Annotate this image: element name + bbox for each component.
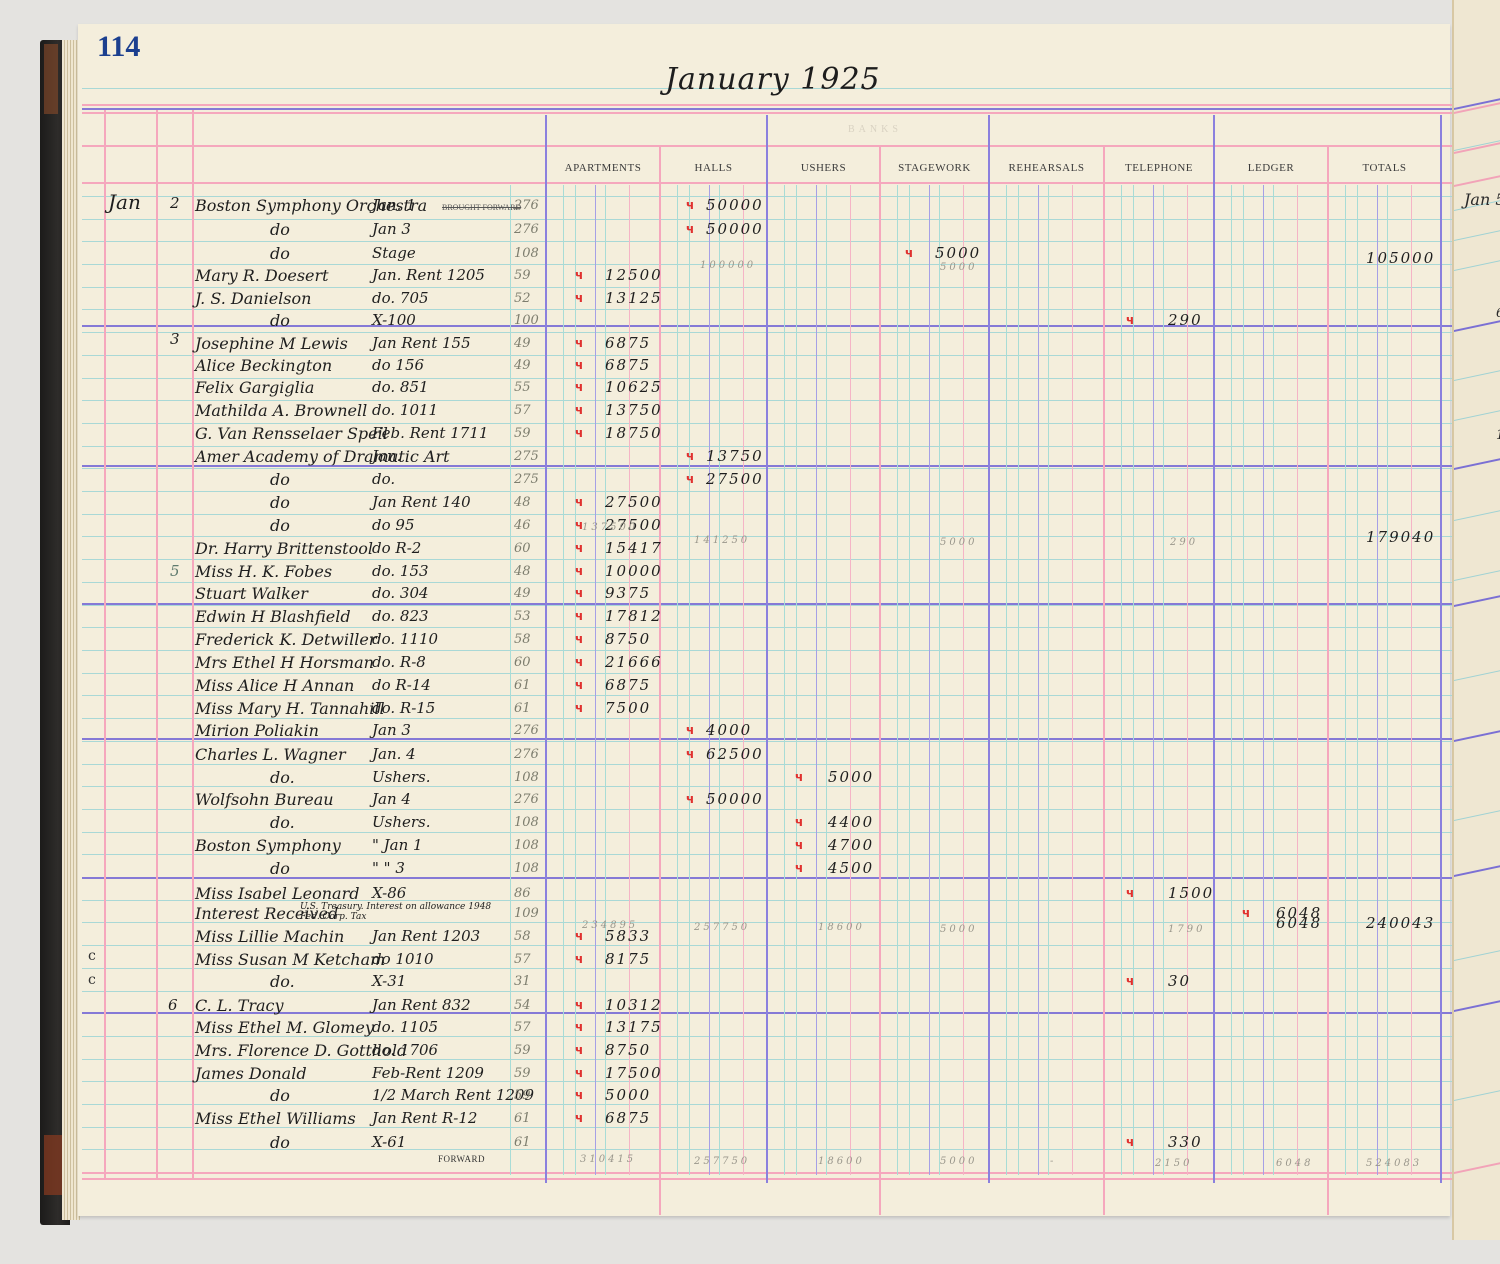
entry-folio: 61 (514, 1135, 531, 1150)
entry-amount-ushers: 4500 (828, 859, 874, 877)
entry-name: Mrs Ethel H Horsman (195, 653, 374, 672)
check-mark-icon: ч (795, 770, 803, 784)
column-header-totals: TOTALS (1329, 162, 1440, 174)
subtotal-apartments: 137500 (582, 522, 638, 533)
entry-note: Jan 3 (372, 220, 411, 238)
entry-note: Jan. 1 (372, 196, 416, 214)
entry-amount-ushers: 4700 (828, 836, 874, 854)
entry-name: do (270, 470, 290, 489)
check-mark-icon: ч (905, 246, 913, 260)
entry-folio: 59 (514, 1066, 531, 1081)
entry-note: do. 705 (372, 289, 429, 307)
check-mark-icon: ч (686, 449, 694, 463)
check-mark-icon: ч (795, 861, 803, 875)
entry-folio: 54 (514, 998, 531, 1013)
entry-folio: 108 (514, 246, 539, 261)
entry-name: Miss Mary H. Tannahill (195, 699, 385, 718)
check-mark-icon: ч (575, 564, 583, 578)
entry-name: Mirion Poliakin (195, 721, 319, 740)
entry-day: 6 (168, 996, 178, 1014)
subtotal-apartments: 234895 (582, 920, 638, 931)
subtotal-totals: 240043 (1366, 914, 1435, 932)
column-header-halls: HALLS (661, 162, 766, 174)
subtotal-totals: 105000 (1366, 249, 1435, 267)
entry-note: Ushers. (372, 813, 431, 831)
entry-name: do. (270, 768, 295, 787)
next-page-note: 17 (1496, 428, 1500, 443)
entry-amount-telephone: 1500 (1168, 884, 1214, 902)
entry-day: 3 (170, 330, 180, 348)
entry-note: Jan Rent 140 (372, 493, 471, 511)
entry-folio: 49 (514, 336, 531, 351)
entry-folio: 55 (514, 380, 531, 395)
entry-amount-apartments: 13175 (605, 1018, 663, 1036)
entry-name: do. (270, 813, 295, 832)
subtotal-stagework: 5000 (940, 924, 977, 935)
subtotal-ushers: 18600 (818, 922, 865, 933)
subtotal-stagework: 5000 (940, 537, 977, 548)
entry-note: do 95 (372, 516, 415, 534)
entry-name: do. (270, 972, 295, 991)
next-page-note: Jan 5 (1464, 190, 1500, 209)
forward-stagework: 5000 (940, 1156, 977, 1167)
entry-folio: 59 (514, 426, 531, 441)
check-mark-icon: ч (575, 291, 583, 305)
entry-amount-apartments: 5000 (605, 1086, 651, 1104)
forward-label: FORWARD (438, 1154, 485, 1164)
entry-folio: 275 (514, 449, 539, 464)
entry-note: do 1010 (372, 950, 434, 968)
entry-amount-apartments: 8750 (605, 630, 651, 648)
margin-mark: c (88, 972, 96, 988)
margin-mark: c (88, 948, 96, 964)
check-mark-icon: ч (575, 586, 583, 600)
column-header-telephone: TELEPHONE (1105, 162, 1213, 174)
entry-note: do. R-15 (372, 699, 435, 717)
entry-amount-apartments: 12500 (605, 266, 663, 284)
check-mark-icon: ч (1242, 906, 1250, 920)
entry-note: " Jan 1 (372, 836, 423, 854)
entry-amount-apartments: 27500 (605, 493, 663, 511)
entry-name: Miss Ethel M. Glomey (195, 1018, 374, 1037)
entry-amount-apartments: 6875 (605, 356, 651, 374)
entry-folio: 276 (514, 792, 539, 807)
entry-note: do. 851 (372, 378, 429, 396)
subtotal-halls: 100000 (700, 260, 756, 271)
entry-folio: 275 (514, 472, 539, 487)
check-mark-icon: ч (686, 472, 694, 486)
next-page-edge: Jan 5 6 17 (1452, 0, 1500, 1240)
entry-name: Charles L. Wagner (195, 745, 346, 764)
entry-amount-ushers: 5000 (828, 768, 874, 786)
entry-folio: 31 (514, 974, 531, 989)
entry-amount-apartments: 21666 (605, 653, 663, 671)
entry-amount-apartments: 10312 (605, 996, 663, 1014)
entry-name: do (270, 1133, 290, 1152)
entry-folio: 61 (514, 1111, 531, 1126)
entry-month: Jan (108, 190, 141, 214)
check-mark-icon: ч (575, 998, 583, 1012)
entry-folio: 61 (514, 701, 531, 716)
entry-folio: 49 (514, 358, 531, 373)
entry-amount-telephone: 290 (1168, 311, 1203, 329)
subtotal-telephone: 290 (1170, 537, 1198, 548)
entry-amount-apartments: 8175 (605, 950, 651, 968)
entry-folio: 60 (514, 541, 531, 556)
entry-folio: 61 (514, 678, 531, 693)
forward-telephone: 2150 (1155, 1158, 1192, 1169)
check-mark-icon: ч (575, 1066, 583, 1080)
entry-folio: 60 (514, 655, 531, 670)
entry-folio: 108 (514, 838, 539, 853)
forward-ushers: 18600 (818, 1156, 865, 1167)
check-mark-icon: ч (575, 336, 583, 350)
entry-name: Felix Gargiglia (195, 378, 314, 397)
check-mark-icon: ч (575, 380, 583, 394)
check-mark-icon: ч (575, 1020, 583, 1034)
entry-amount-halls: 4000 (706, 721, 752, 739)
subtotal-halls: 257750 (694, 922, 750, 933)
entry-day: 5 (170, 562, 180, 580)
entry-name: Mathilda A. Brownell (195, 401, 367, 420)
forward-halls: 257750 (694, 1156, 750, 1167)
entry-folio: 108 (514, 815, 539, 830)
check-mark-icon: ч (575, 678, 583, 692)
check-mark-icon: ч (575, 268, 583, 282)
entry-folio: 52 (514, 291, 531, 306)
entry-amount-halls: 13750 (706, 447, 764, 465)
entry-note: Jan Rent 1203 (372, 927, 480, 945)
entry-amount-telephone: 330 (1168, 1133, 1203, 1151)
entry-note: Jan 3 (372, 721, 411, 739)
check-mark-icon: ч (575, 426, 583, 440)
entry-amount-telephone: 30 (1168, 972, 1191, 990)
check-mark-icon: ч (575, 701, 583, 715)
check-mark-icon: ч (575, 1088, 583, 1102)
page-number: 114 (97, 30, 140, 64)
entry-note: " " 3 (372, 859, 405, 877)
check-mark-icon: ч (575, 632, 583, 646)
entry-amount-apartments: 7500 (605, 699, 651, 717)
check-mark-icon: ч (686, 792, 694, 806)
entry-name: Miss Ethel Williams (195, 1109, 356, 1128)
entry-note: X-86 (372, 884, 406, 902)
entry-folio: 59 (514, 1043, 531, 1058)
entry-note: do. 304 (372, 584, 429, 602)
entry-folio: 276 (514, 222, 539, 237)
entry-name: Stuart Walker (195, 584, 308, 603)
check-mark-icon: ч (686, 198, 694, 212)
entry-note: X-31 (372, 972, 406, 990)
entry-name: do (270, 244, 290, 263)
entry-folio: 59 (514, 1088, 531, 1103)
entry-folio: 53 (514, 609, 531, 624)
entry-amount-halls: 50000 (706, 790, 764, 808)
subtotal-stagework: 5000 (940, 262, 977, 273)
entry-name: do (270, 493, 290, 512)
entry-name: C. L. Tracy (195, 996, 284, 1015)
entry-amount-apartments: 9375 (605, 584, 651, 602)
check-mark-icon: ч (686, 747, 694, 761)
entry-note: Feb. Rent 1711 (372, 424, 488, 442)
entry-note: do. (372, 470, 395, 488)
entry-note: do. 1105 (372, 1018, 438, 1036)
check-mark-icon: ч (686, 222, 694, 236)
check-mark-icon: ч (575, 655, 583, 669)
entry-amount-apartments: 17812 (605, 607, 663, 625)
entry-name: Miss Susan M Ketcham (195, 950, 385, 969)
subtotal-ledger: 6048 (1276, 914, 1322, 932)
column-header-ushers: USHERS (768, 162, 879, 174)
entry-note: Jan. Rent 1205 (372, 266, 485, 284)
check-mark-icon: ч (1126, 974, 1134, 988)
check-mark-icon: ч (575, 1043, 583, 1057)
entry-note: Stage (372, 244, 416, 262)
entry-folio: 86 (514, 886, 531, 901)
entry-note: Jan. 4 (372, 745, 416, 763)
entry-note: do 156 (372, 356, 424, 374)
entry-note: X-100 (372, 311, 416, 329)
entry-amount-halls: 50000 (706, 196, 764, 214)
entry-amount-halls: 27500 (706, 470, 764, 488)
entry-name: James Donald (195, 1064, 307, 1083)
brought-forward-label: BROUGHT FORWARD (442, 203, 521, 212)
entry-folio: 49 (514, 586, 531, 601)
entry-note: do. 153 (372, 562, 429, 580)
entry-day: 2 (170, 194, 180, 212)
entry-name: do (270, 516, 290, 535)
entry-amount-apartments: 6875 (605, 1109, 651, 1127)
entry-note: do R-2 (372, 539, 421, 557)
entry-amount-apartments: 10000 (605, 562, 663, 580)
subtotal-telephone: 1790 (1168, 924, 1205, 935)
entry-amount-apartments: 13125 (605, 289, 663, 307)
entry-name: do (270, 859, 290, 878)
entry-name: Miss Isabel Leonard (195, 884, 359, 903)
entry-folio: 58 (514, 632, 531, 647)
entry-name: Miss Alice H Annan (195, 676, 354, 695)
forward-totals: 524083 (1366, 1158, 1422, 1169)
entry-folio: 108 (514, 770, 539, 785)
column-header-ledger: LEDGER (1215, 162, 1327, 174)
check-mark-icon: ч (575, 541, 583, 555)
check-mark-icon: ч (575, 403, 583, 417)
check-mark-icon: ч (795, 838, 803, 852)
entry-folio: 276 (514, 723, 539, 738)
forward-apartments: 310415 (580, 1154, 636, 1165)
page-title: January 1925 (665, 62, 881, 97)
entry-amount-apartments: 6875 (605, 334, 651, 352)
entry-note: do. 823 (372, 607, 429, 625)
forward-rehearsals: - (1050, 1156, 1056, 1167)
check-mark-icon: ч (575, 358, 583, 372)
forward-ledger: 6048 (1276, 1158, 1313, 1169)
entry-amount-apartments: 18750 (605, 424, 663, 442)
entry-name: Miss Lillie Machin (195, 927, 344, 946)
check-mark-icon: ч (1126, 313, 1134, 327)
column-header-apartments: APARTMENTS (547, 162, 659, 174)
subtotal-halls: 141250 (694, 535, 750, 546)
entry-amount-apartments: 15417 (605, 539, 663, 557)
entry-amount-apartments: 6875 (605, 676, 651, 694)
entry-amount-halls: 50000 (706, 220, 764, 238)
entry-note: X-61 (372, 1133, 406, 1151)
entry-name: Josephine M Lewis (195, 334, 348, 353)
entry-note: Jan 4 (372, 790, 411, 808)
check-mark-icon: ч (575, 952, 583, 966)
check-mark-icon: ч (575, 1111, 583, 1125)
entry-folio: 109 (514, 906, 539, 921)
entry-folio: 58 (514, 929, 531, 944)
subtotal-totals: 179040 (1366, 528, 1435, 546)
entry-name: do (270, 1086, 290, 1105)
entry-amount-stagework: 5000 (935, 244, 981, 262)
entry-note: Jan Rent 832 (372, 996, 471, 1014)
entry-note: 1/2 March Rent 1209 (372, 1086, 534, 1104)
entry-amount-apartments: 8750 (605, 1041, 651, 1059)
check-mark-icon: ч (795, 815, 803, 829)
entry-amount-apartments: 17500 (605, 1064, 663, 1082)
check-mark-icon: ч (1126, 886, 1134, 900)
entry-amount-apartments: 13750 (605, 401, 663, 419)
entry-name: do (270, 311, 290, 330)
entry-name: Alice Beckington (195, 356, 332, 375)
check-mark-icon: ч (575, 929, 583, 943)
entry-note: do R-14 (372, 676, 431, 694)
entry-name: Frederick K. Detwiller (195, 630, 376, 649)
entry-folio: 57 (514, 952, 531, 967)
check-mark-icon: ч (1126, 1135, 1134, 1149)
entry-folio: 57 (514, 1020, 531, 1035)
entry-name: G. Van Rensselaer Speil (195, 424, 388, 443)
entry-folio: 48 (514, 564, 531, 579)
entry-folio: 48 (514, 495, 531, 510)
entry-name: Dr. Harry Brittenstool (195, 539, 373, 558)
entry-name: Wolfsohn Bureau (195, 790, 334, 809)
entry-note: do. R-8 (372, 653, 426, 671)
entry-note: do. 1110 (372, 630, 438, 648)
check-mark-icon: ч (686, 723, 694, 737)
entry-folio: 46 (514, 518, 531, 533)
entry-name: Boston Symphony (195, 836, 341, 855)
entry-note: U.S. Treasury. Interest on allowance 194… (300, 902, 500, 922)
entry-note: Jan Rent 155 (372, 334, 471, 352)
column-header-stagework: STAGEWORK (881, 162, 988, 174)
entry-note: Feb-Rent 1209 (372, 1064, 484, 1082)
entry-note: Jan. (372, 447, 401, 465)
entry-name: Mary R. Doesert (195, 266, 329, 285)
entry-name: Edwin H Blashfield (195, 607, 351, 626)
entry-folio: 57 (514, 403, 531, 418)
entry-note: Jan Rent R-12 (372, 1109, 477, 1127)
entry-note: do. 1706 (372, 1041, 438, 1059)
entry-folio: 276 (514, 747, 539, 762)
entry-folio: 59 (514, 268, 531, 283)
entry-folio: 108 (514, 861, 539, 876)
faint-banks-header: BANKS (848, 124, 902, 135)
check-mark-icon: ч (575, 495, 583, 509)
entry-amount-ushers: 4400 (828, 813, 874, 831)
column-header-rehearsals: REHEARSALS (990, 162, 1103, 174)
entry-name: Miss H. K. Fobes (195, 562, 332, 581)
entry-note: Ushers. (372, 768, 431, 786)
next-page-note: 6 (1496, 306, 1500, 321)
entry-name: Amer Academy of Dramatic Art (195, 447, 450, 466)
entry-folio: 100 (514, 313, 539, 328)
check-mark-icon: ч (575, 609, 583, 623)
entry-note: do. 1011 (372, 401, 438, 419)
entry-name: J. S. Danielson (195, 289, 311, 308)
entry-amount-halls: 62500 (706, 745, 764, 763)
entry-name: do (270, 220, 290, 239)
entry-amount-apartments: 10625 (605, 378, 663, 396)
